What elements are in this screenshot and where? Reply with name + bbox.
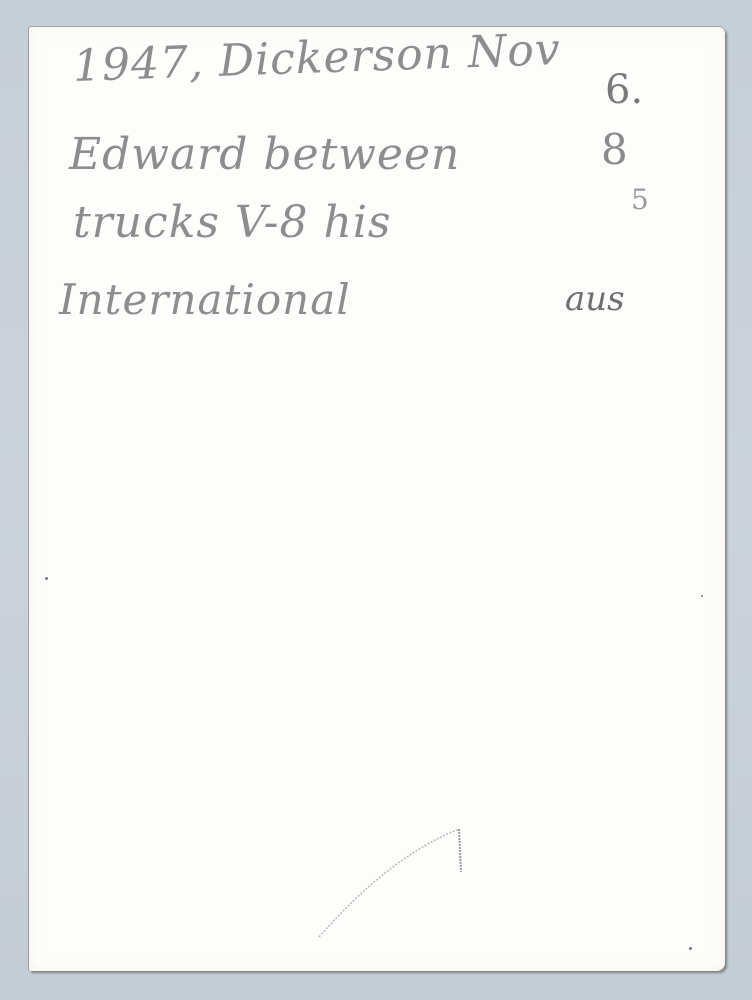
handwriting-line-3: trucks V-8 his xyxy=(73,197,392,248)
pencil-check-mark xyxy=(299,817,469,947)
handwriting-line-2: Edward between xyxy=(69,129,460,180)
photo-card-back: 1947, Dickerson Nov Edward between truck… xyxy=(29,27,725,971)
handwriting-line-1: 1947, Dickerson Nov xyxy=(72,24,561,92)
margin-note-6: 6. xyxy=(605,67,643,113)
margin-note-8: 8 xyxy=(601,125,628,174)
margin-note-aus: aus xyxy=(565,279,625,319)
paper-speck xyxy=(689,947,692,950)
margin-note-5: 5 xyxy=(631,183,649,216)
paper-speck xyxy=(701,595,703,597)
paper-speck xyxy=(45,577,48,580)
handwriting-line-4: International xyxy=(59,275,351,324)
